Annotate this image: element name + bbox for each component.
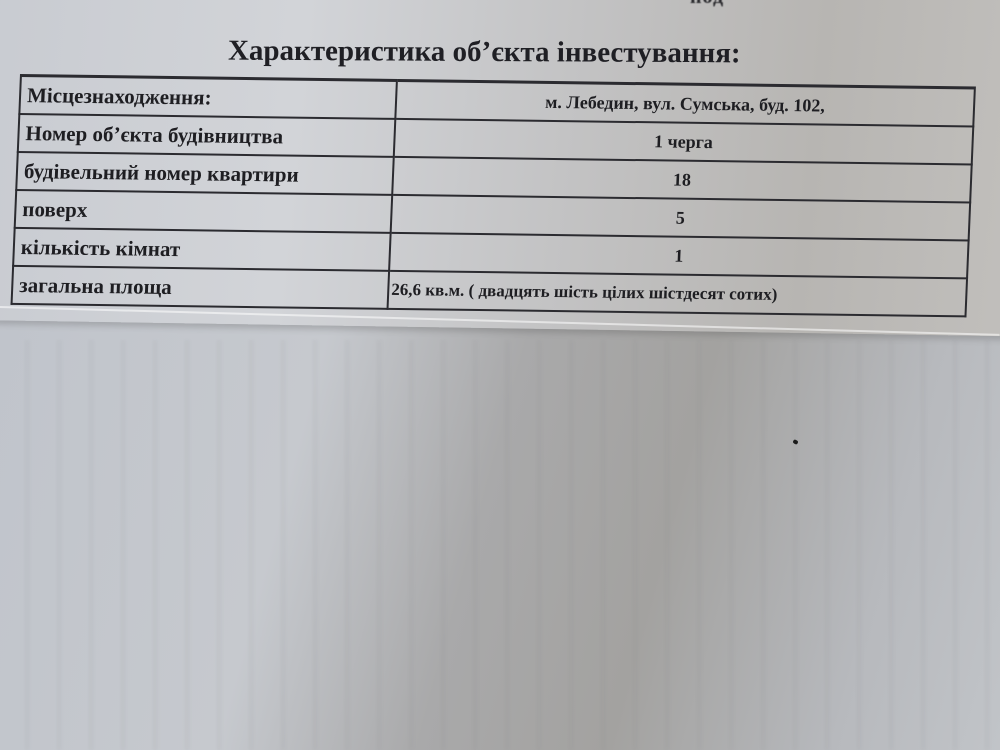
row-label: загальна площа [12,266,390,309]
property-table-wrapper: Місцезнаходження: м. Лебедин, вул. Сумсь… [11,74,980,317]
cut-off-top-text: под [690,0,724,9]
investment-object-table: Місцезнаходження: м. Лебедин, вул. Сумсь… [11,74,976,317]
row-value: 26,6 кв.м. ( двадцять шість цілих шістде… [388,271,968,317]
row-label: поверх [15,190,393,233]
document-photo: под Характеристика об’єкта інвестування:… [0,0,1000,750]
row-label: будівельний номер квартири [16,152,394,195]
row-label: Місцезнаходження: [19,76,397,119]
row-label: Номер об’єкта будівництва [18,114,396,157]
row-label: кількість кімнат [13,228,391,271]
document-title: Характеристика об’єкта інвестування: [228,35,741,71]
bleed-through-text-texture [0,340,1000,750]
